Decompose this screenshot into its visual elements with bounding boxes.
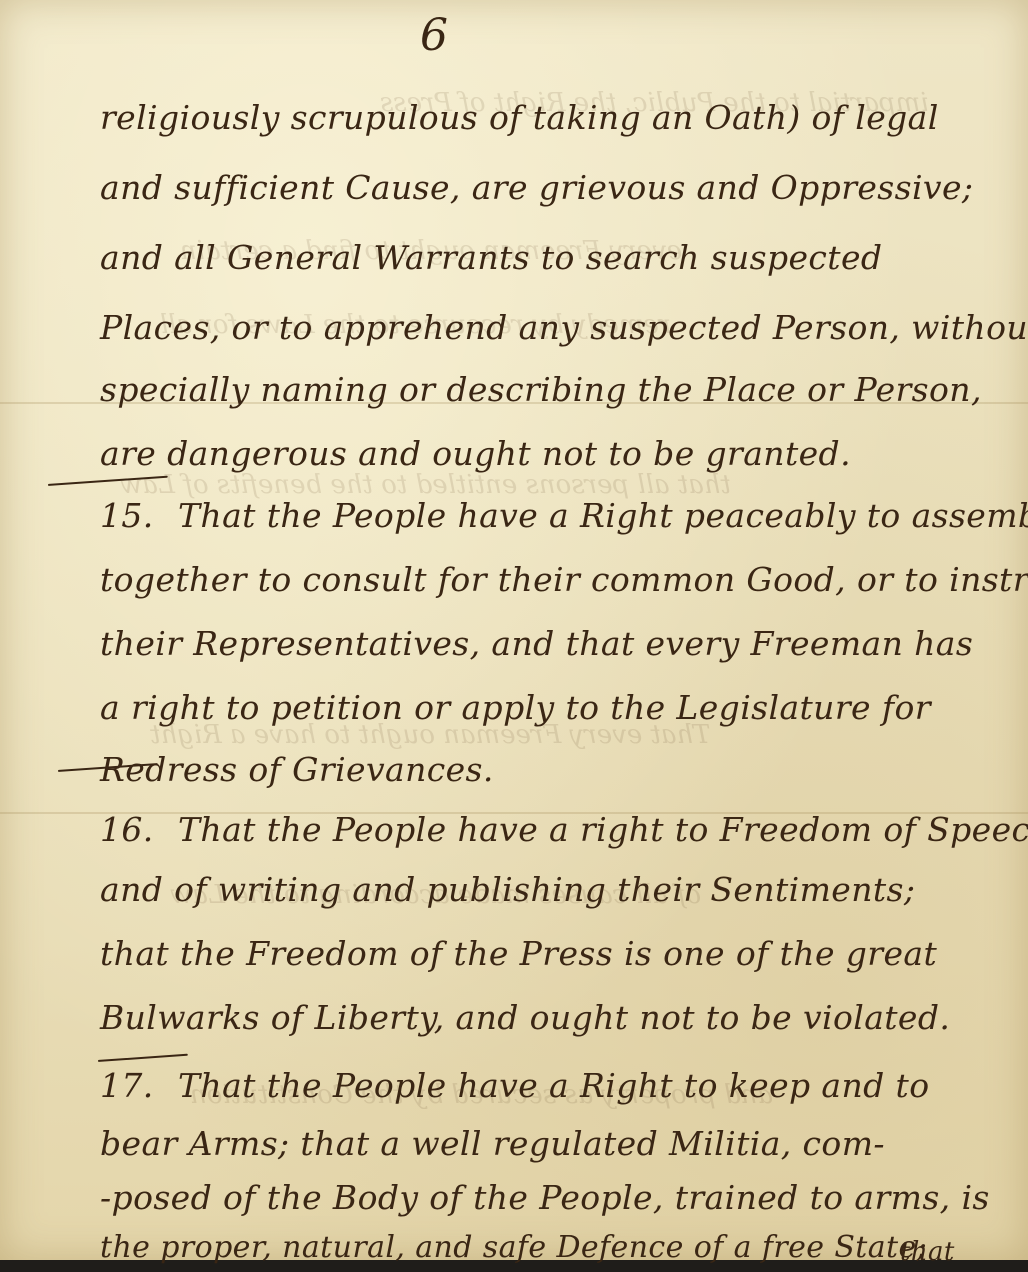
text-line: their Representatives, and that every Fr… xyxy=(100,624,973,664)
text-line: religiously scrupulous of taking an Oath… xyxy=(100,98,939,138)
text-line: Bulwarks of Liberty, and ought not to be… xyxy=(100,998,950,1038)
text-line: and sufficient Cause, are grievous and O… xyxy=(100,168,973,208)
catchword: that xyxy=(900,1232,955,1260)
section-divider xyxy=(48,476,168,486)
page-number: 6 xyxy=(420,10,448,61)
article-number-15: 15. xyxy=(100,496,154,536)
article-number-17: 17. xyxy=(100,1066,154,1106)
text-line: a right to petition or apply to the Legi… xyxy=(100,688,931,728)
text-line: Redress of Grievances. xyxy=(100,750,494,790)
text-line: the proper, natural, and safe Defence of… xyxy=(100,1228,927,1260)
text-line: are dangerous and ought not to be grante… xyxy=(100,434,851,474)
text-line: and of writing and publishing their Sent… xyxy=(100,870,915,910)
text-line: That the People have a right to Freedom … xyxy=(178,810,1028,850)
text-line: bear Arms; that a well regulated Militia… xyxy=(100,1124,885,1164)
text-line: That the People have a Right to keep and… xyxy=(178,1066,929,1106)
manuscript-page: impartial to the Public, the Right of Pr… xyxy=(0,0,1028,1260)
text-line: That the People have a Right peaceably t… xyxy=(178,496,1028,536)
text-line: and all General Warrants to search suspe… xyxy=(100,238,882,278)
text-line: Places, or to apprehend any suspected Pe… xyxy=(100,308,1028,348)
article-number-16: 16. xyxy=(100,810,154,850)
text-line: that the Freedom of the Press is one of … xyxy=(100,934,937,974)
section-divider xyxy=(98,1054,188,1062)
text-line: specially naming or describing the Place… xyxy=(100,370,982,410)
text-line: together to consult for their common Goo… xyxy=(100,560,1028,600)
text-line: -posed of the Body of the People, traine… xyxy=(100,1178,990,1218)
